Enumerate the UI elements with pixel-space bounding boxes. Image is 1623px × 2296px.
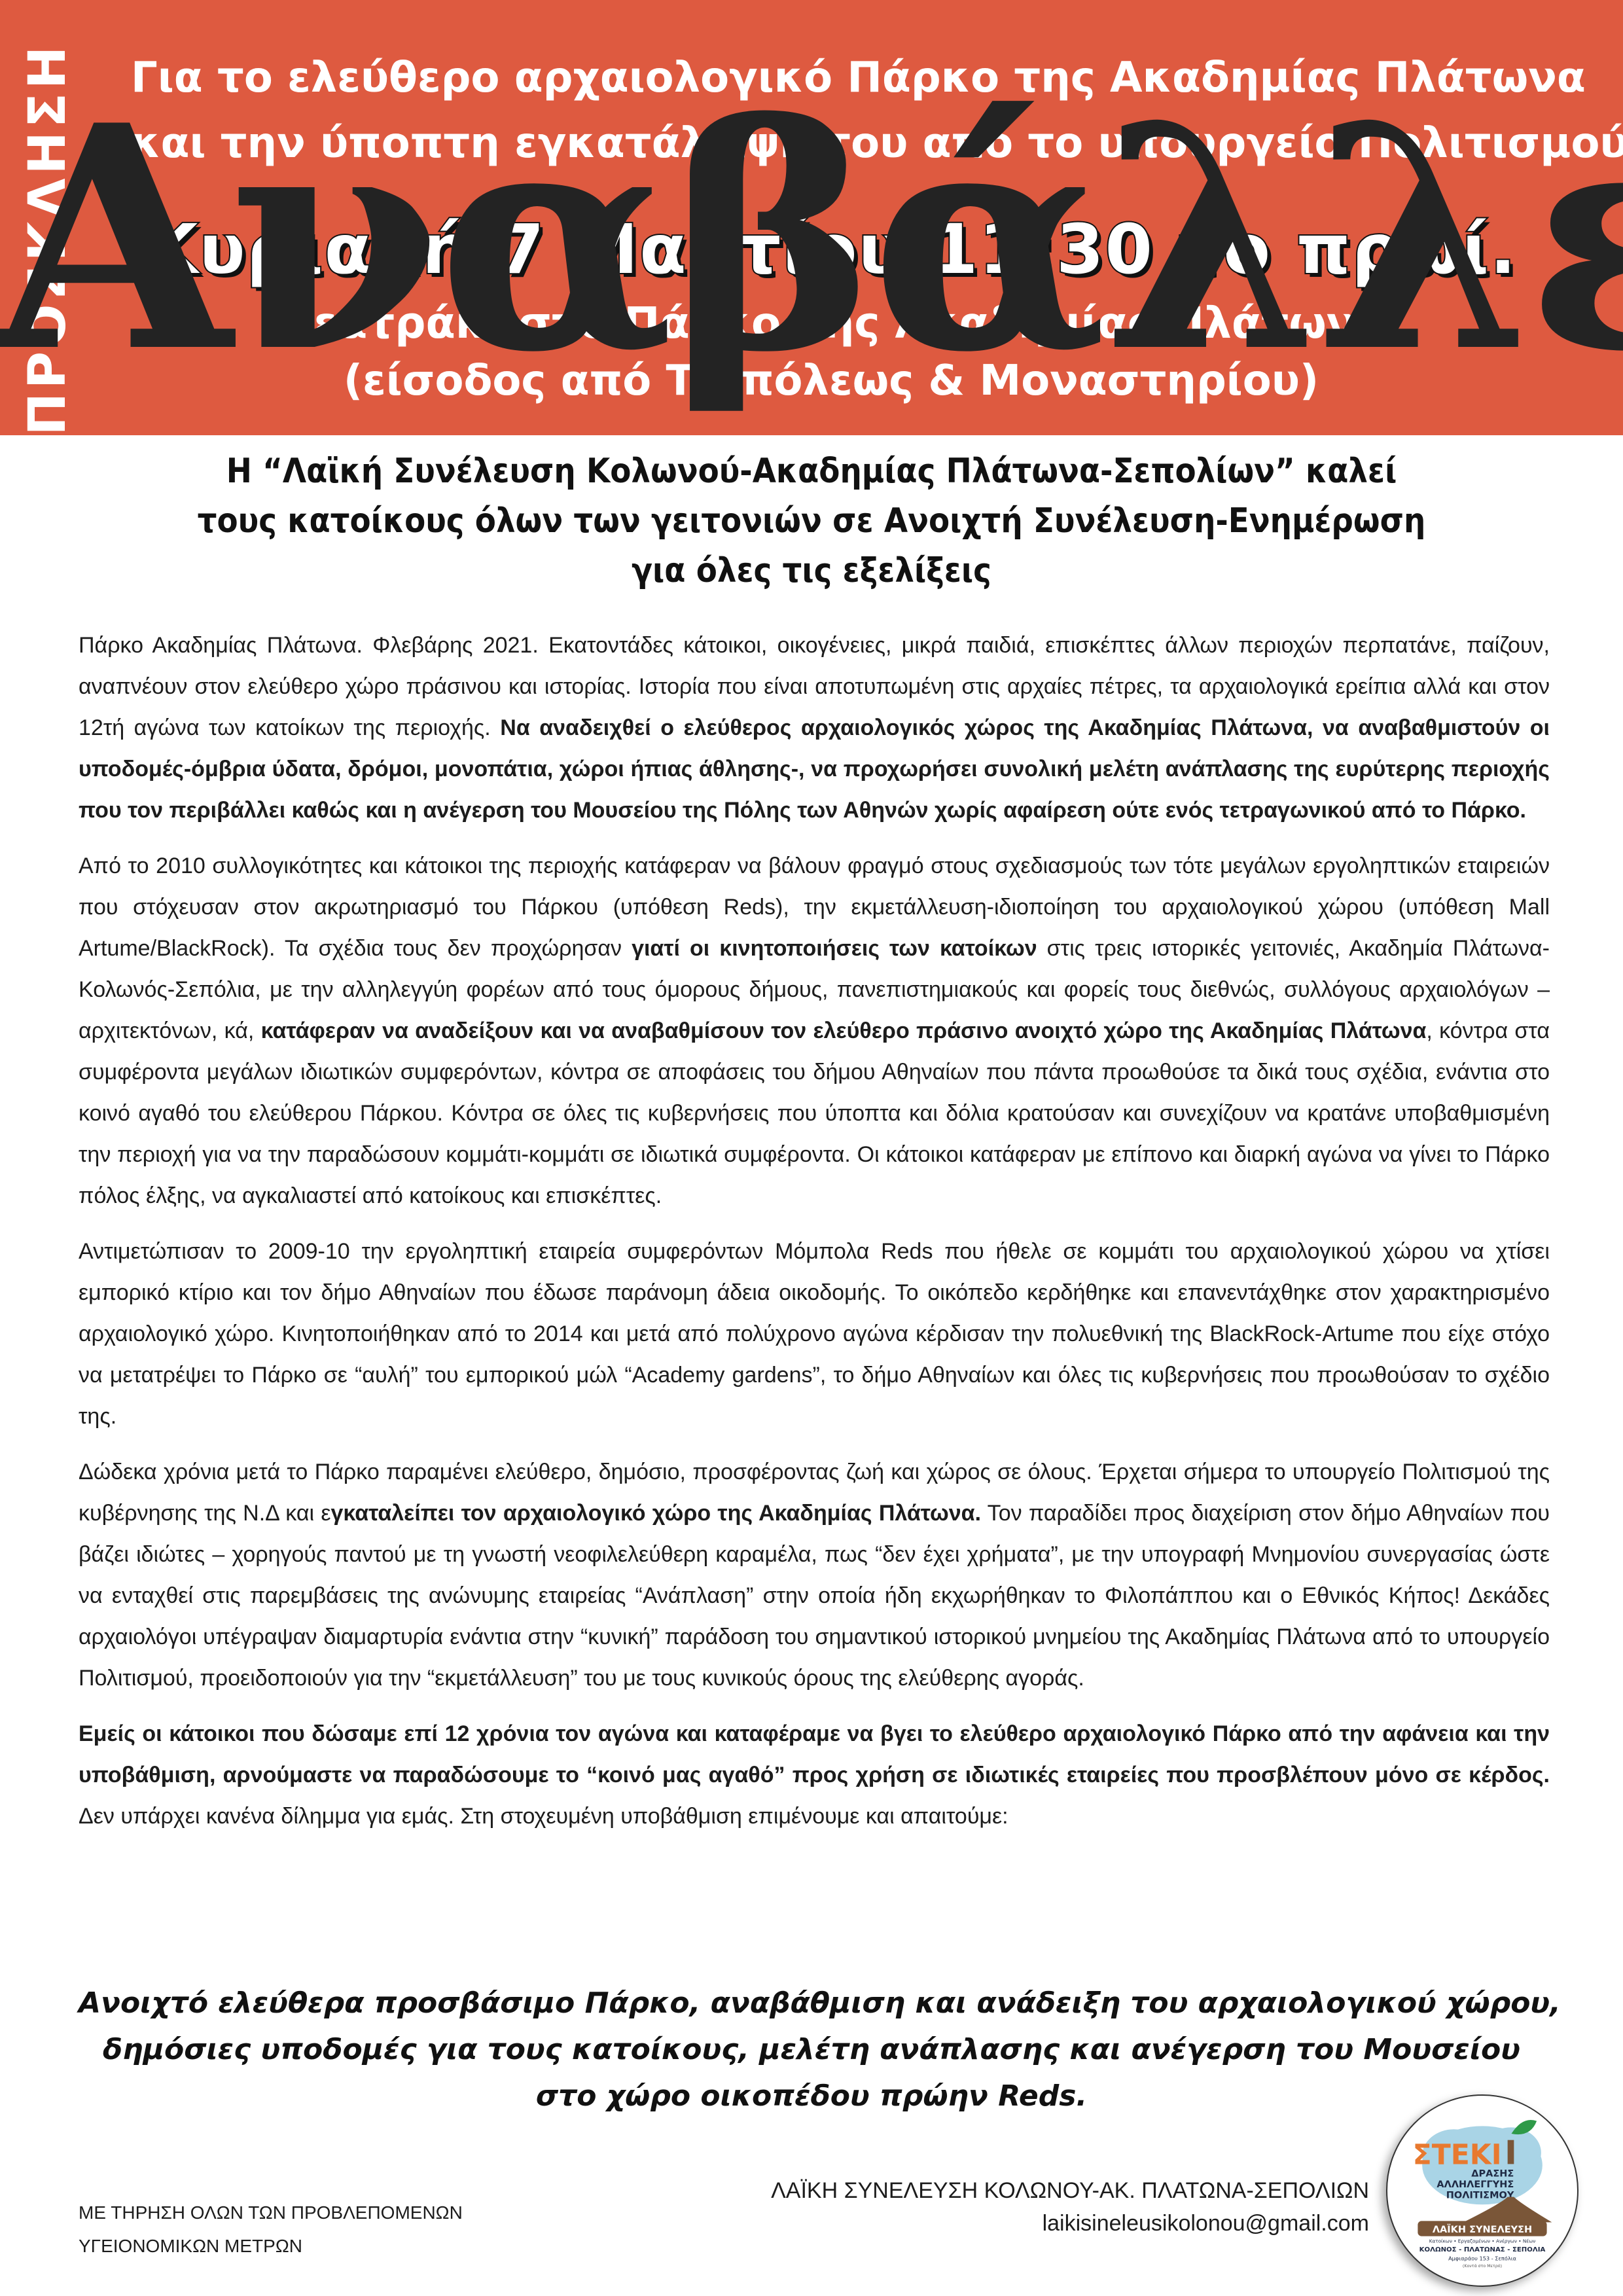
organizer-name: ΛΑΪΚΗ ΣΥΝΕΛΕΥΣΗ ΚΟΛΩΝΟΥ-ΑΚ. ΠΛΑΤΩΝΑ-ΣΕΠΟ…: [771, 2174, 1369, 2207]
tree-cloud-logo-icon: ΣΤΕΚΙ ΔΡΑΣΗΣ ΑΛΛΗΛΕΓΓΥΗΣ ΠΟΛΙΤΙΣΜΟΥ ΛΑΪΚ…: [1387, 2096, 1577, 2286]
paragraph-2: Από το 2010 συλλογικότητες και κάτοικοι …: [79, 846, 1550, 1217]
health-measures-note: ΜΕ ΤΗΡΗΣΗ ΟΛΩΝ ΤΩΝ ΠΡΟΒΛΕΠΟΜΕΝΩΝ ΥΓΕΙΟΝΟ…: [79, 2196, 463, 2263]
logo-title: ΣΤΕΚΙ: [1413, 2139, 1502, 2171]
svg-text:ΔΡΑΣΗΣ: ΔΡΑΣΗΣ: [1471, 2169, 1514, 2179]
p2-bold-b: γιατί οι κινητοποιήσεις των κατοίκων: [632, 936, 1037, 961]
p4-text-c: Τον παραδίδει προς διαχείριση στον δήμο …: [79, 1501, 1550, 1691]
demands-line1: Ανοιχτό ελεύθερα προσβάσιμο Πάρκο, αναβά…: [79, 1980, 1544, 2026]
body-text: Πάρκο Ακαδημίας Πλάτωνα. Φλεβάρης 2021. …: [79, 625, 1550, 1852]
organizer-email[interactable]: laikisineleusikolonou@gmail.com: [771, 2207, 1369, 2240]
postponed-overlay: Αναβάλλεται: [0, 85, 1590, 393]
heading-line3: για όλες τις εξελίξεις: [79, 546, 1544, 596]
paragraph-5: Εμείς οι κάτοικοι που δώσαμε επί 12 χρόν…: [79, 1713, 1550, 1837]
organizer-signature: ΛΑΪΚΗ ΣΥΝΕΛΕΥΣΗ ΚΟΛΩΝΟΥ-ΑΚ. ΠΛΑΤΩΝΑ-ΣΕΠΟ…: [771, 2174, 1369, 2240]
paragraph-1: Πάρκο Ακαδημίας Πλάτωνα. Φλεβάρης 2021. …: [79, 625, 1550, 831]
svg-text:ΛΑΪΚΗ ΣΥΝΕΛΕΥΣΗ: ΛΑΪΚΗ ΣΥΝΕΛΕΥΣΗ: [1433, 2224, 1532, 2235]
heading-line1: Η “Λαϊκή Συνέλευση Κολωνού-Ακαδημίας Πλά…: [79, 446, 1544, 496]
heading-line2: τους κατοίκους όλων των γειτονιών σε Ανο…: [79, 496, 1544, 546]
p4-bold-b: γκαταλείπει τον αρχαιολογικό χώρο της Ακ…: [331, 1501, 982, 1526]
svg-text:ΑΛΛΗΛΕΓΓΥΗΣ: ΑΛΛΗΛΕΓΓΥΗΣ: [1436, 2179, 1514, 2190]
svg-text:ΠΟΛΙΤΙΣΜΟΥ: ΠΟΛΙΤΙΣΜΟΥ: [1446, 2191, 1514, 2201]
leaf-icon: [1511, 2120, 1537, 2134]
demands-line2: δημόσιες υποδομές για τους κατοίκους, με…: [79, 2026, 1544, 2073]
p2-text-e: , κόντρα στα συμφέροντα μεγάλων ιδιωτικώ…: [79, 1018, 1550, 1208]
paragraph-3: Αντιμετώπισαν το 2009-10 την εργοληπτική…: [79, 1231, 1550, 1437]
svg-text:Αμφιαράου 153 - Σεπόλια: Αμφιαράου 153 - Σεπόλια: [1448, 2255, 1516, 2261]
svg-text:Κατοίκων • Εργαζομένων • Ανέργ: Κατοίκων • Εργαζομένων • Ανέργων • Νέων: [1429, 2238, 1536, 2244]
demands-block: Ανοιχτό ελεύθερα προσβάσιμο Πάρκο, αναβά…: [79, 1980, 1544, 2119]
health-note-line2: ΥΓΕΙΟΝΟΜΙΚΩΝ ΜΕΤΡΩΝ: [79, 2229, 463, 2263]
p2-bold-d: κατάφεραν να αναδείξουν και να αναβαθμίσ…: [261, 1018, 1427, 1043]
svg-text:ΚΟΛΩΝΟΣ - ΠΛΑΤΩΝΑΣ - ΣΕΠΟΛΙΑ: ΚΟΛΩΝΟΣ - ΠΛΑΤΩΝΑΣ - ΣΕΠΟΛΙΑ: [1419, 2246, 1546, 2253]
demands-line3: στο χώρο οικοπέδου πρώην Reds.: [79, 2073, 1544, 2119]
invitation-banner: ΠΡΟΣΚΛΗΣΗ Για το ελεύθερο αρχαιολογικό Π…: [0, 0, 1623, 435]
paragraph-4: Δώδεκα χρόνια μετά το Πάρκο παραμένει ελ…: [79, 1452, 1550, 1699]
p5-bold: Εμείς οι κάτοικοι που δώσαμε επί 12 χρόν…: [79, 1721, 1550, 1787]
svg-text:(Κοντά στο Μετρό): (Κοντά στο Μετρό): [1463, 2263, 1502, 2269]
call-heading: Η “Λαϊκή Συνέλευση Κολωνού-Ακαδημίας Πλά…: [79, 446, 1544, 596]
health-note-line1: ΜΕ ΤΗΡΗΣΗ ΟΛΩΝ ΤΩΝ ΠΡΟΒΛΕΠΟΜΕΝΩΝ: [79, 2196, 463, 2229]
steki-logo: ΣΤΕΚΙ ΔΡΑΣΗΣ ΑΛΛΗΛΕΓΓΥΗΣ ΠΟΛΙΤΙΣΜΟΥ ΛΑΪΚ…: [1386, 2094, 1578, 2287]
p5-text: Δεν υπάρχει κανένα δίλημμα για εμάς. Στη…: [79, 1804, 1008, 1829]
